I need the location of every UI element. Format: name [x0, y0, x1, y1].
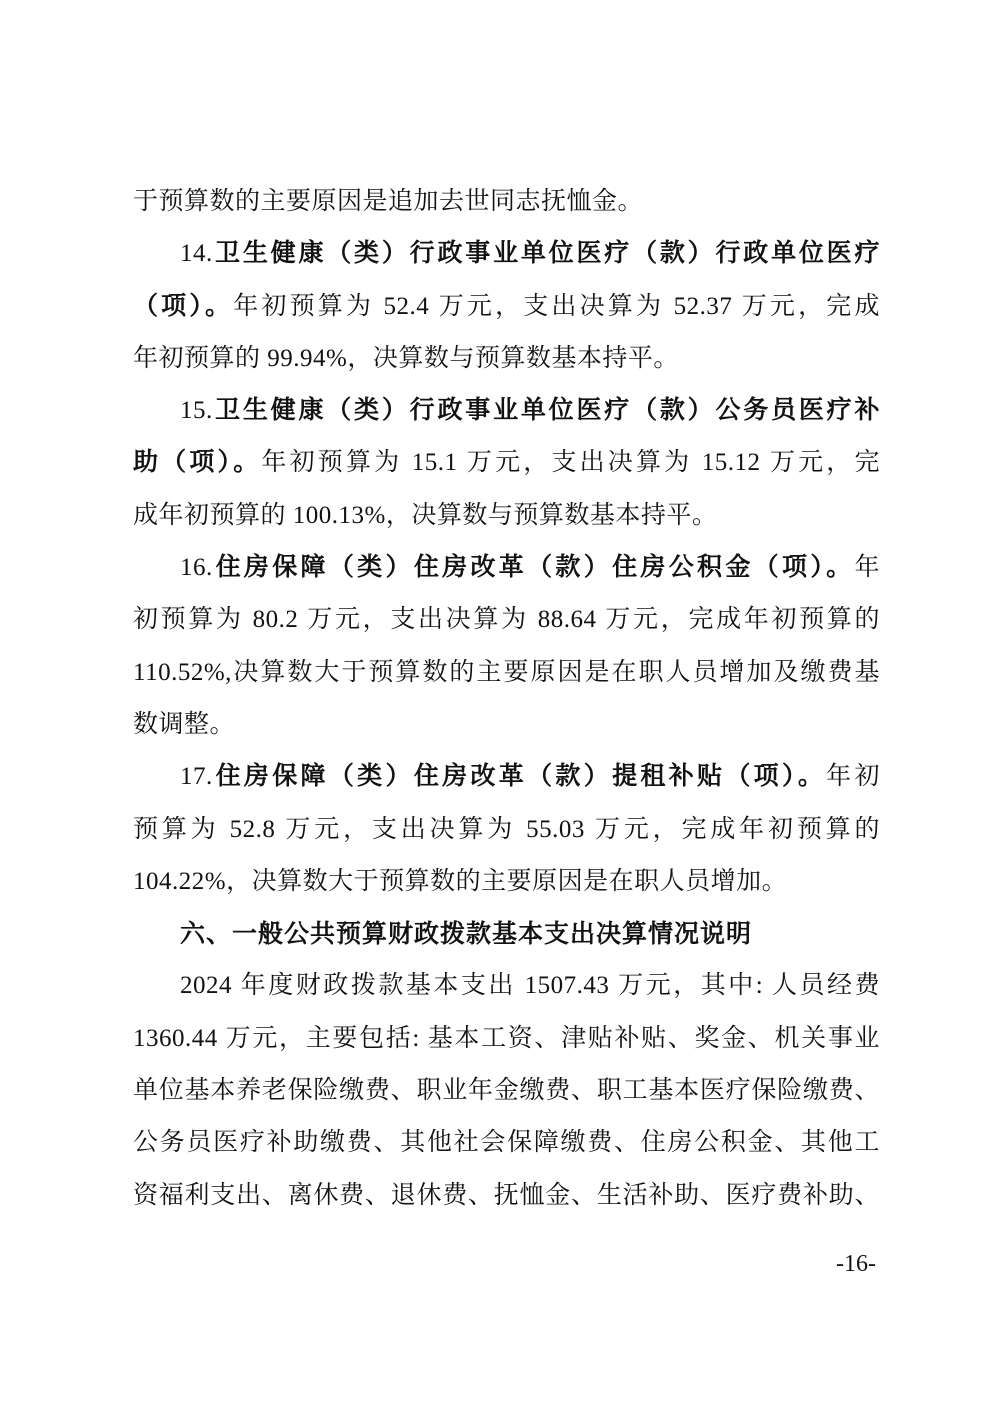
- text-line: 资福利支出、离休费、退休费、抚恤金、生活补助、医疗费补助、: [133, 1170, 880, 1222]
- text-line: 年初预算的 99.94%，决算数与预算数基本持平。: [133, 333, 880, 385]
- text-segment: 16.: [180, 554, 213, 581]
- text-segment: 卫生健康（类）行政事业单位医疗（款）行政单位医疗: [213, 240, 880, 267]
- text-segment: 104.22%，决算数大于预算数的主要原因是在职人员增加。: [133, 868, 787, 895]
- text-segment: 年初: [826, 763, 880, 790]
- text-line: 1360.44 万元，主要包括: 基本工资、津贴补贴、奖金、机关事业: [133, 1013, 880, 1065]
- text-segment: 于预算数的主要原因是追加去世同志抚恤金。: [133, 188, 643, 215]
- text-segment: 年: [854, 554, 880, 581]
- text-line: 16.住房保障（类）住房改革（款）住房公积金（项）。年: [133, 542, 880, 594]
- text-segment: 2024 年度财政拨款基本支出 1507.43 万元，其中: 人员经费: [180, 972, 880, 999]
- text-line: 单位基本养老保险缴费、职业年金缴费、职工基本医疗保险缴费、: [133, 1065, 880, 1117]
- section-heading: 六、一般公共预算财政拨款基本支出决算情况说明: [133, 908, 880, 960]
- text-segment: 年初预算为 15.1 万元，支出决算为 15.12 万元，完: [261, 449, 880, 476]
- page-number: -16-: [836, 1248, 876, 1280]
- text-segment: 住房保障（类）住房改革（款）提租补贴（项）。: [213, 763, 826, 790]
- text-segment: 成年初预算的 100.13%，决算数与预算数基本持平。: [133, 502, 717, 529]
- document-page: 于预算数的主要原因是追加去世同志抚恤金。14.卫生健康（类）行政事业单位医疗（款…: [0, 0, 1000, 1415]
- text-line: 17.住房保障（类）住房改革（款）提租补贴（项）。年初: [133, 751, 880, 803]
- text-line: 104.22%，决算数大于预算数的主要原因是在职人员增加。: [133, 856, 880, 908]
- text-line: 数调整。: [133, 699, 880, 751]
- text-segment: 14.: [180, 240, 213, 267]
- text-segment: 年初预算为 52.4 万元，支出决算为 52.37 万元，完成: [233, 293, 880, 320]
- text-segment: 110.52%,决算数大于预算数的主要原因是在职人员增加及缴费基: [133, 659, 880, 686]
- text-segment: 资福利支出、离休费、退休费、抚恤金、生活补助、医疗费补助、: [133, 1182, 880, 1209]
- text-segment: 数调整。: [133, 711, 235, 738]
- text-segment: 六、一般公共预算财政拨款基本支出决算情况说明: [180, 920, 752, 948]
- text-line: 初预算为 80.2 万元，支出决算为 88.64 万元，完成年初预算的: [133, 594, 880, 646]
- text-segment: （项）。: [133, 293, 233, 320]
- text-segment: 卫生健康（类）行政事业单位医疗（款）公务员医疗补: [213, 397, 880, 424]
- text-segment: 15.: [180, 397, 213, 424]
- text-segment: 住房保障（类）住房改革（款）住房公积金（项）。: [213, 554, 855, 581]
- text-line: 成年初预算的 100.13%，决算数与预算数基本持平。: [133, 490, 880, 542]
- text-line: 预算为 52.8 万元，支出决算为 55.03 万元，完成年初预算的: [133, 804, 880, 856]
- text-segment: 预算为 52.8 万元，支出决算为 55.03 万元，完成年初预算的: [133, 816, 880, 843]
- text-segment: 公务员医疗补助缴费、其他社会保障缴费、住房公积金、其他工: [133, 1129, 880, 1156]
- text-line: 助（项）。年初预算为 15.1 万元，支出决算为 15.12 万元，完: [133, 437, 880, 489]
- text-segment: 初预算为 80.2 万元，支出决算为 88.64 万元，完成年初预算的: [133, 606, 880, 633]
- text-segment: 1360.44 万元，主要包括: 基本工资、津贴补贴、奖金、机关事业: [133, 1025, 880, 1052]
- text-segment: 年初预算的 99.94%，决算数与预算数基本持平。: [133, 345, 679, 372]
- text-segment: 17.: [180, 763, 213, 790]
- text-line: 15.卫生健康（类）行政事业单位医疗（款）公务员医疗补: [133, 385, 880, 437]
- text-line: （项）。年初预算为 52.4 万元，支出决算为 52.37 万元，完成: [133, 281, 880, 333]
- text-line: 14.卫生健康（类）行政事业单位医疗（款）行政单位医疗: [133, 228, 880, 280]
- text-segment: 助（项）。: [133, 449, 261, 476]
- text-line: 110.52%,决算数大于预算数的主要原因是在职人员增加及缴费基: [133, 647, 880, 699]
- text-segment: 单位基本养老保险缴费、职业年金缴费、职工基本医疗保险缴费、: [133, 1077, 880, 1104]
- document-body: 于预算数的主要原因是追加去世同志抚恤金。14.卫生健康（类）行政事业单位医疗（款…: [133, 176, 880, 1222]
- text-line: 2024 年度财政拨款基本支出 1507.43 万元，其中: 人员经费: [133, 960, 880, 1012]
- text-line: 于预算数的主要原因是追加去世同志抚恤金。: [133, 176, 880, 228]
- text-line: 公务员医疗补助缴费、其他社会保障缴费、住房公积金、其他工: [133, 1117, 880, 1169]
